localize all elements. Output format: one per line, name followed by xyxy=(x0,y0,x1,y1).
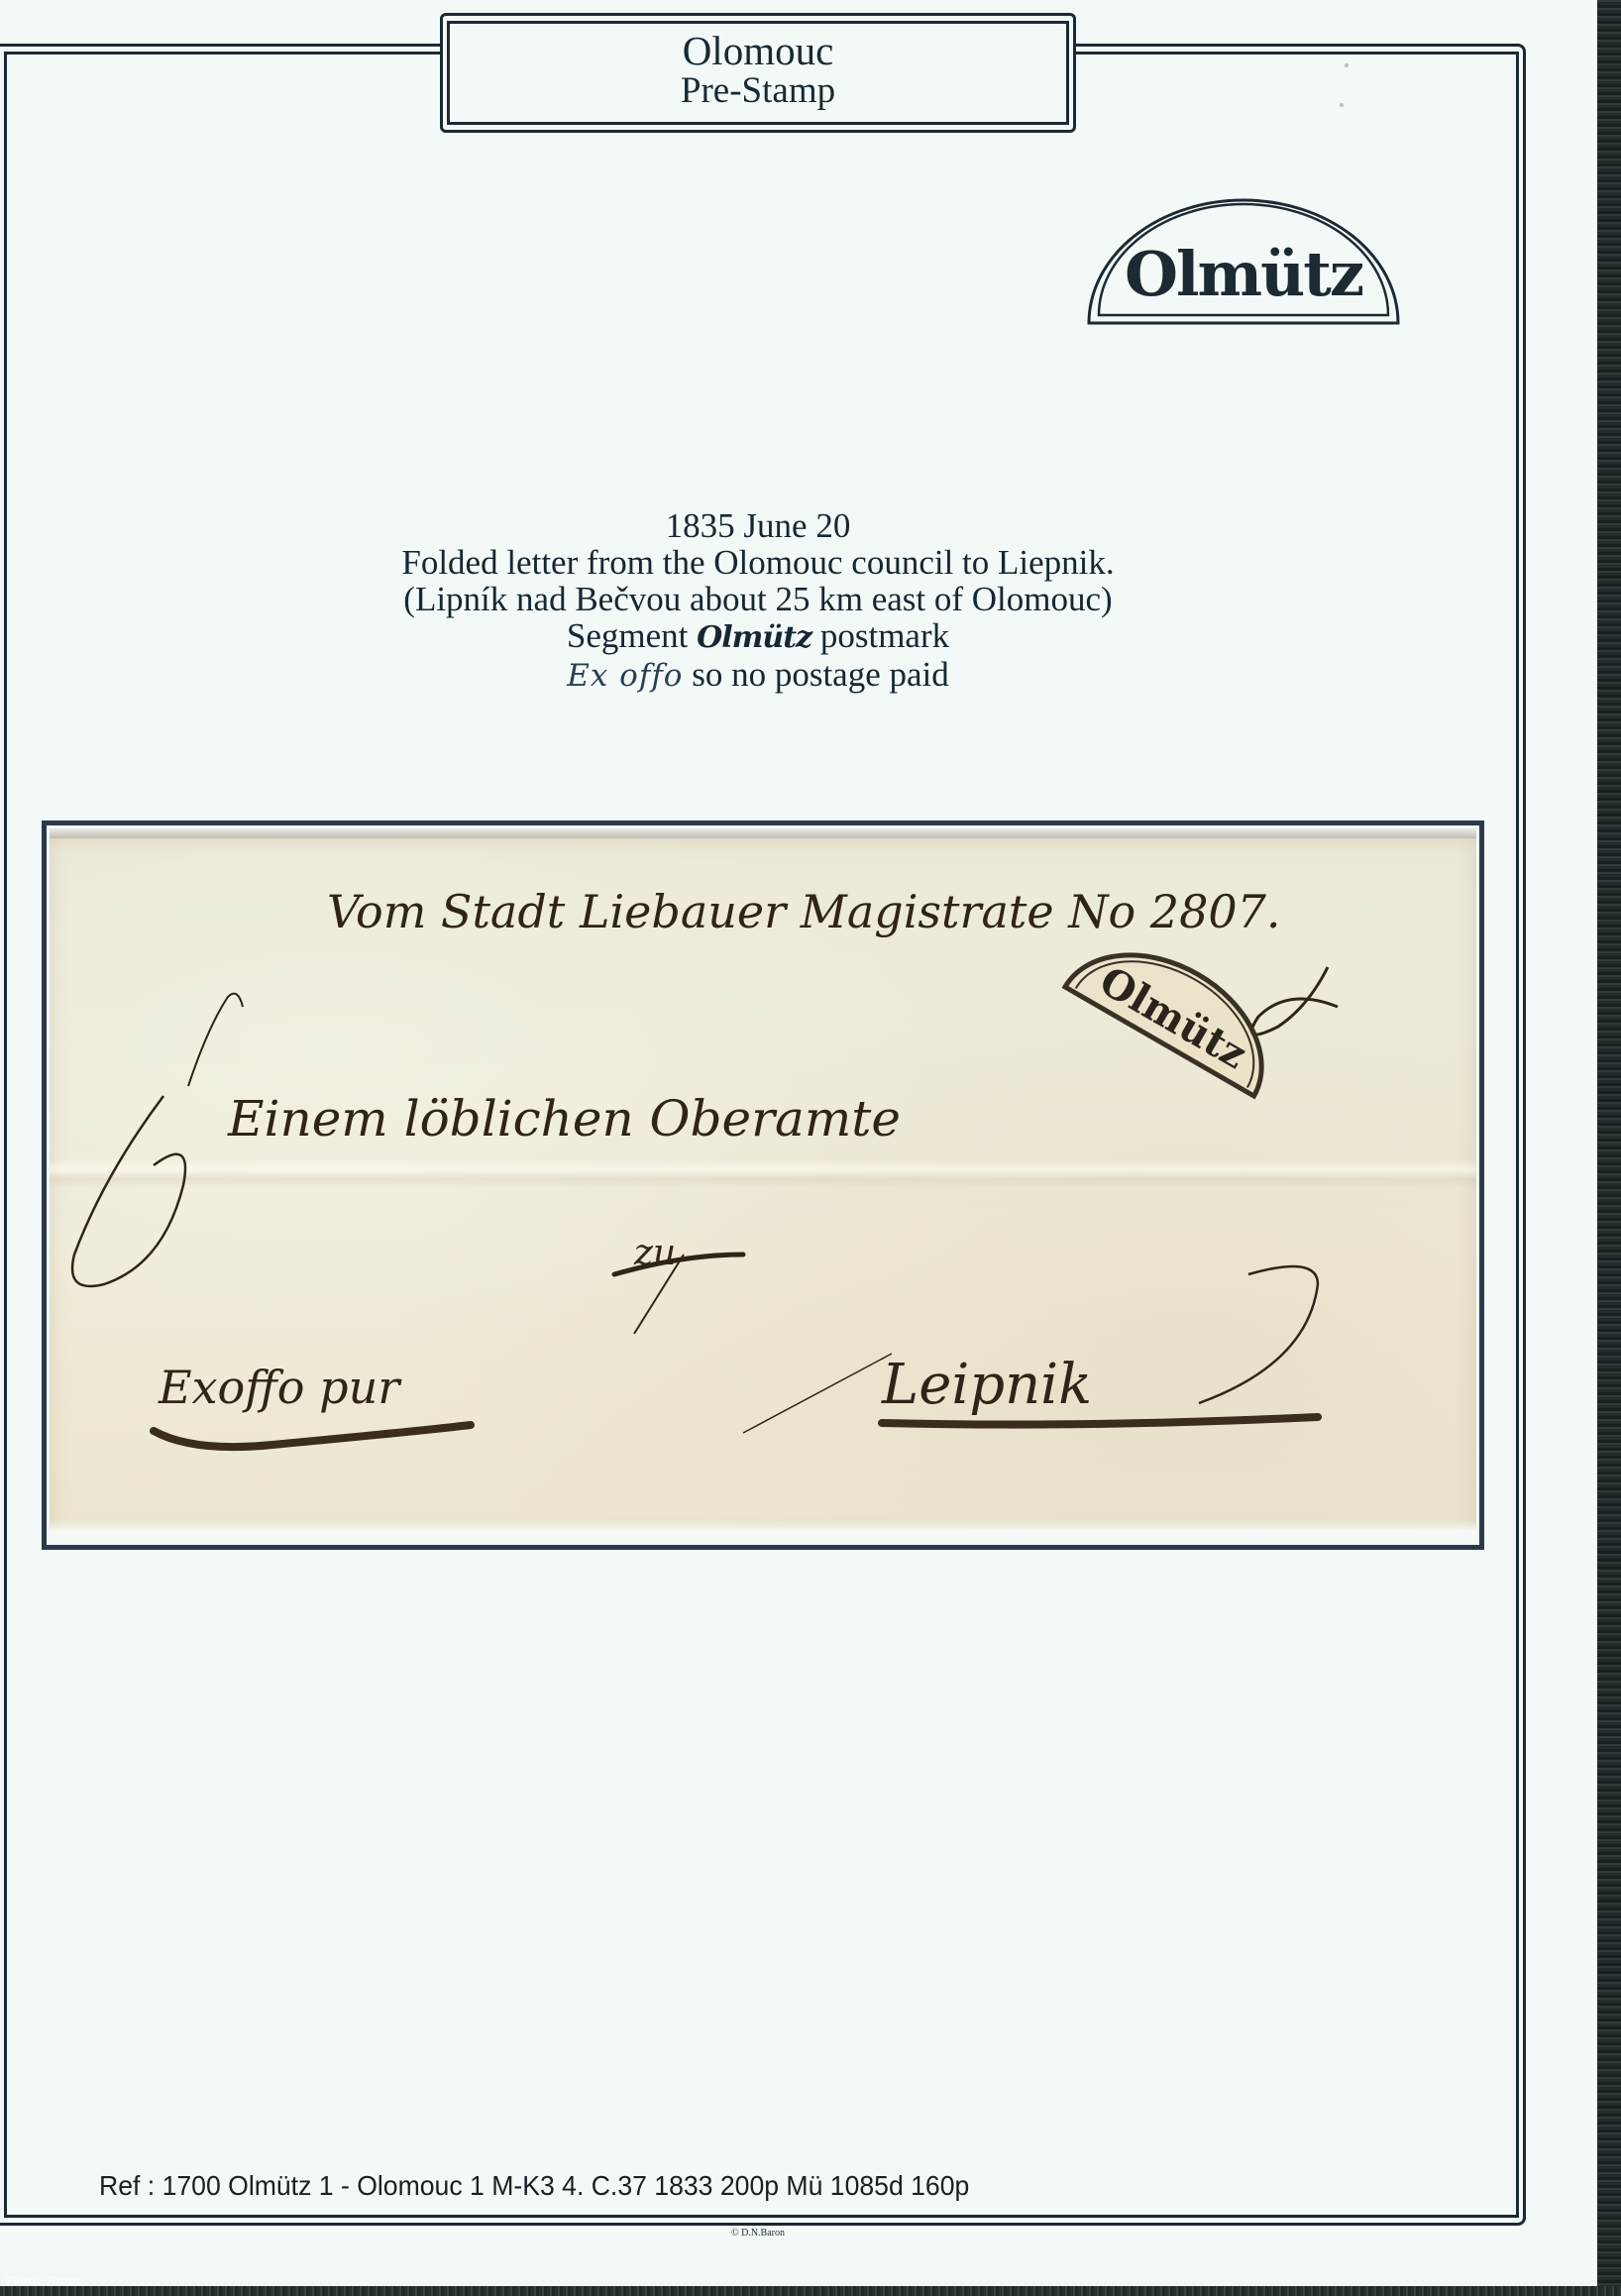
description-line-1: Folded letter from the Olomouc council t… xyxy=(248,544,1268,581)
scan-speck xyxy=(1340,103,1344,107)
description-line-3-suffix: postmark xyxy=(820,616,949,655)
description-line-4-suffix: so no postage paid xyxy=(692,655,949,694)
catalogue-reference: Ref : 1700 Olmütz 1 - Olomouc 1 M-K3 4. … xyxy=(99,2170,969,2202)
description-line-3-prefix: Segment xyxy=(567,616,688,655)
page-subtitle: Pre-Stamp xyxy=(450,71,1066,111)
letter-handwriting: Vom Stadt Liebauer Magistrate No 2807. O… xyxy=(50,838,1476,1537)
postmark-illustration-text: Olmütz xyxy=(1125,238,1363,310)
item-description: 1835 June 20 Folded letter from the Olom… xyxy=(248,507,1268,695)
scan-speck xyxy=(1345,63,1349,67)
destination-name: Leipnik xyxy=(881,1353,1092,1417)
description-line-4: Ex offo so no postage paid xyxy=(248,656,1268,695)
scanner-edge-bottom xyxy=(0,2286,1621,2296)
endorsement-ex-offo: Exoffo pur xyxy=(158,1361,402,1414)
description-date: 1835 June 20 xyxy=(248,507,1268,544)
copyright-notice: © D.N.Baron xyxy=(731,2228,785,2239)
description-postmark-name: Olmütz xyxy=(697,620,811,655)
sender-line: Vom Stadt Liebauer Magistrate No 2807. xyxy=(327,885,1281,938)
description-line-2: (Lipník nad Bečvou about 25 km east of O… xyxy=(248,581,1268,617)
description-line-3: Segment Olmütz postmark xyxy=(248,617,1268,656)
title-box-inner: Olomouc Pre-Stamp xyxy=(447,21,1069,125)
description-ex-offo: Ex offo xyxy=(567,658,683,694)
segment-postmark-icon: Olmütz xyxy=(1085,196,1402,327)
scanner-edge-right xyxy=(1597,0,1621,2296)
address-line-1: Einem löblichen Oberamte xyxy=(227,1090,901,1148)
page-title: Olomouc xyxy=(450,30,1066,71)
watermark: Derek Baron xyxy=(6,2273,84,2289)
letter-postmark-icon: Olmütz xyxy=(1065,920,1293,1096)
